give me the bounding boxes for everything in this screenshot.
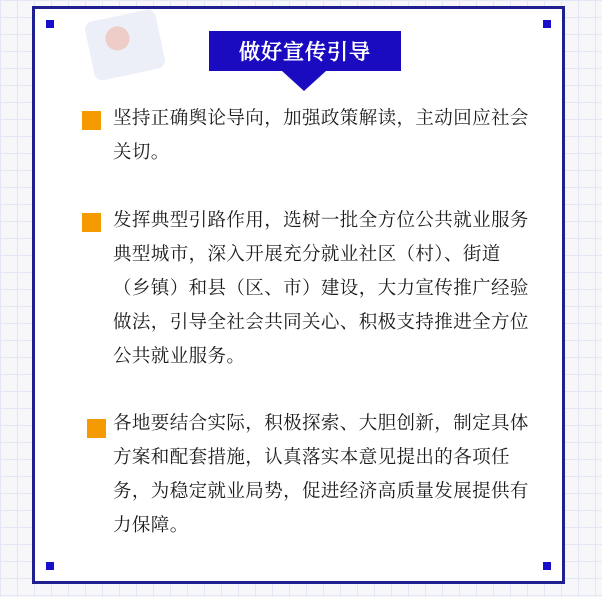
content-card: 做好宣传引导 坚持正确舆论导向，加强政策解读，主动回应社会关切。 发挥典型引路作… (32, 6, 565, 584)
square-bullet-icon (87, 419, 106, 438)
corner-square-icon (543, 20, 551, 28)
list-item-text: 发挥典型引路作用，选树一批全方位公共就业服务典型城市，深入开展充分就业社区（村）… (113, 204, 533, 374)
corner-square-icon (543, 562, 551, 570)
section-title-banner: 做好宣传引导 (209, 31, 401, 71)
list-item-text: 坚持正确舆论导向，加强政策解读，主动回应社会关切。 (113, 102, 533, 170)
section-title: 做好宣传引导 (239, 36, 371, 66)
square-bullet-icon (82, 213, 101, 232)
emblem-icon (103, 24, 131, 52)
corner-square-icon (46, 20, 54, 28)
corner-square-icon (46, 562, 54, 570)
square-bullet-icon (82, 111, 101, 130)
banner-pointer-icon (282, 71, 326, 91)
list-item-text: 各地要结合实际，积极探索、大胆创新，制定具体方案和配套措施，认真落实本意见提出的… (113, 407, 533, 543)
watermark-logo (84, 8, 167, 82)
